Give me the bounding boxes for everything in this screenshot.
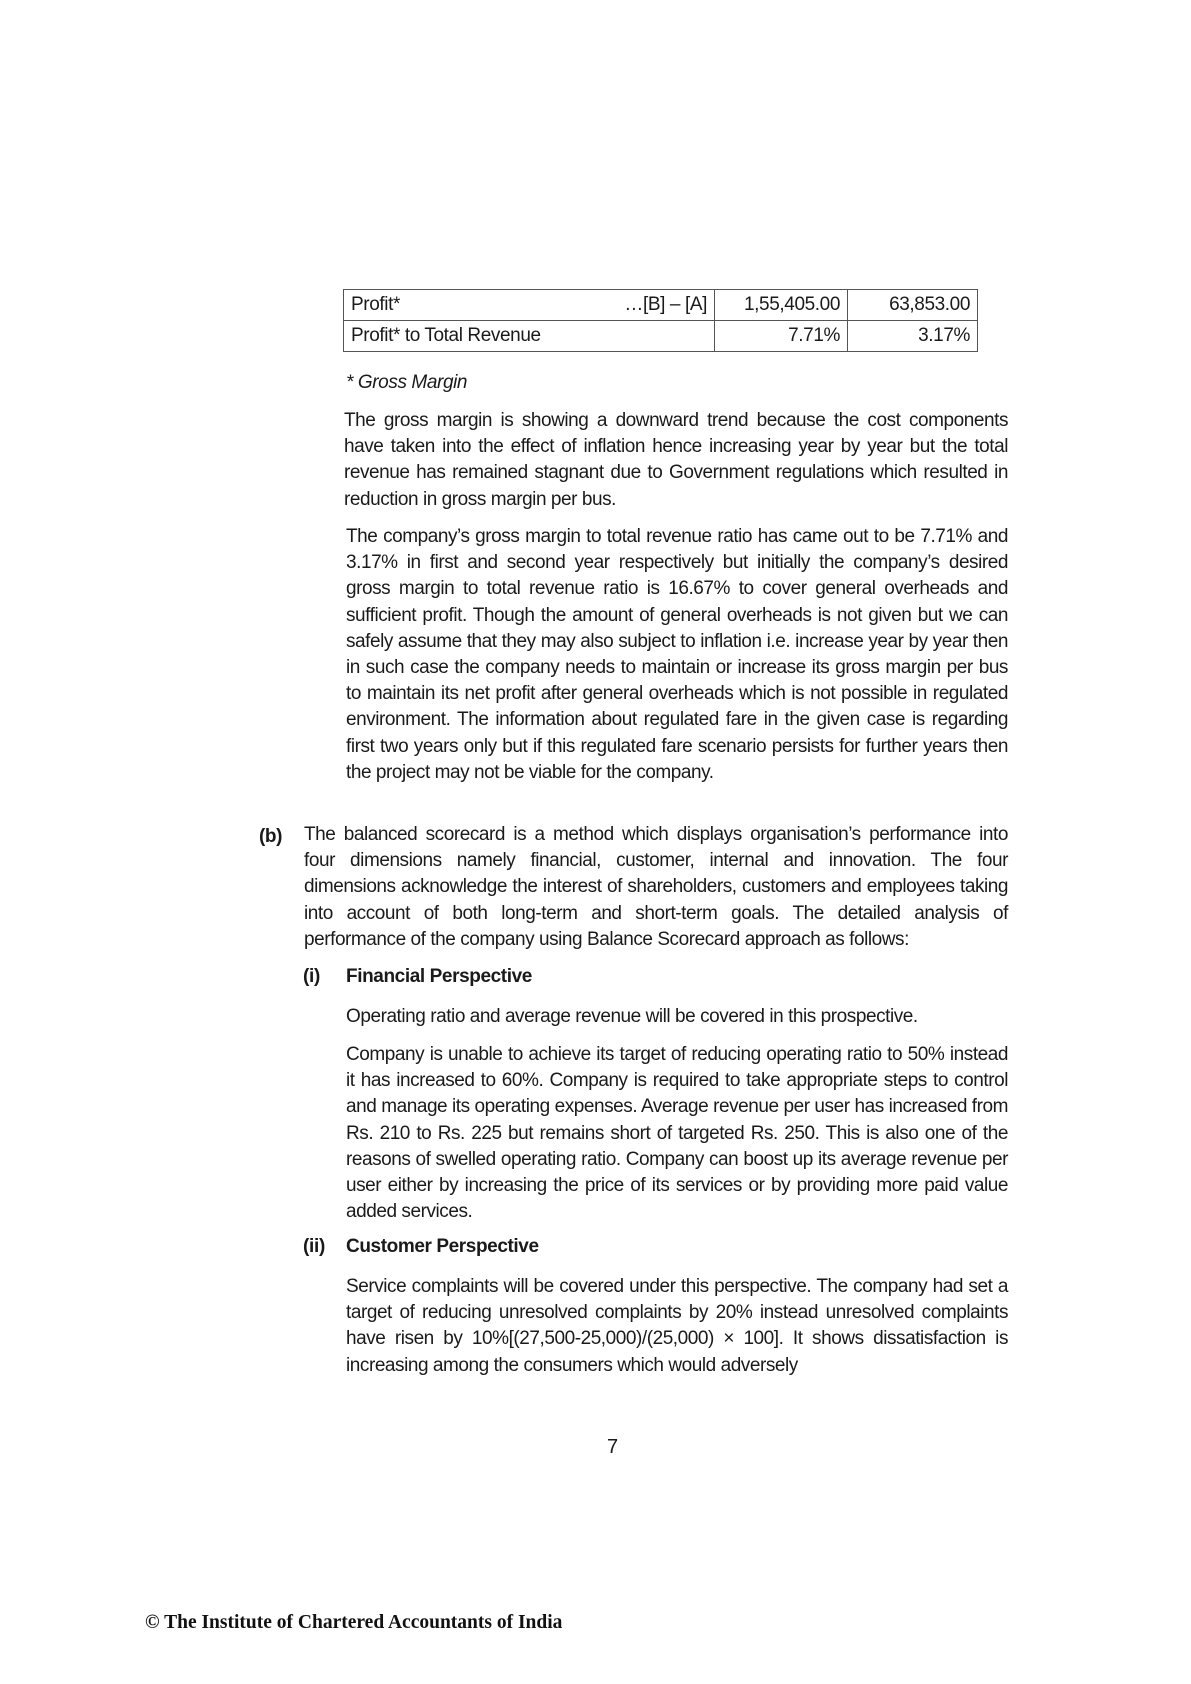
copyright-footer: © The Institute of Chartered Accountants… (145, 1612, 562, 1634)
paragraph-gross-margin-trend: The gross margin is showing a downward t… (344, 408, 1008, 513)
document-page: Profit* …[B] – [A] 1,55,405.00 63,853.00… (0, 0, 1191, 1684)
subsection-heading-financial: Financial Perspective (346, 966, 532, 988)
subsection-ii-marker: (ii) (303, 1236, 325, 1258)
section-b-marker: (b) (259, 826, 282, 848)
year1-value: 1,55,405.00 (715, 290, 848, 321)
year1-value: 7.71% (715, 321, 848, 352)
financial-paragraph: Company is unable to achieve its target … (346, 1042, 1008, 1225)
table-row: Profit* …[B] – [A] 1,55,405.00 63,853.00 (344, 290, 978, 321)
table-row: Profit* to Total Revenue 7.71% 3.17% (344, 321, 978, 352)
year2-value: 3.17% (848, 321, 978, 352)
financial-paragraph: Operating ratio and average revenue will… (346, 1004, 1008, 1030)
page-number: 7 (607, 1436, 618, 1459)
profit-table: Profit* …[B] – [A] 1,55,405.00 63,853.00… (343, 289, 978, 352)
year2-value: 63,853.00 (848, 290, 978, 321)
row-reference: …[B] – [A] (596, 290, 715, 321)
section-b-intro: The balanced scorecard is a method which… (304, 822, 1008, 953)
row-label: Profit* to Total Revenue (344, 321, 597, 352)
customer-paragraph: Service complaints will be covered under… (346, 1274, 1008, 1379)
row-reference (596, 321, 715, 352)
row-label: Profit* (344, 290, 597, 321)
subsection-i-marker: (i) (303, 966, 320, 988)
paragraph-gross-margin-ratio: The company’s gross margin to total reve… (346, 524, 1008, 786)
subsection-heading-customer: Customer Perspective (346, 1236, 539, 1258)
table-footnote: * Gross Margin (346, 372, 467, 394)
